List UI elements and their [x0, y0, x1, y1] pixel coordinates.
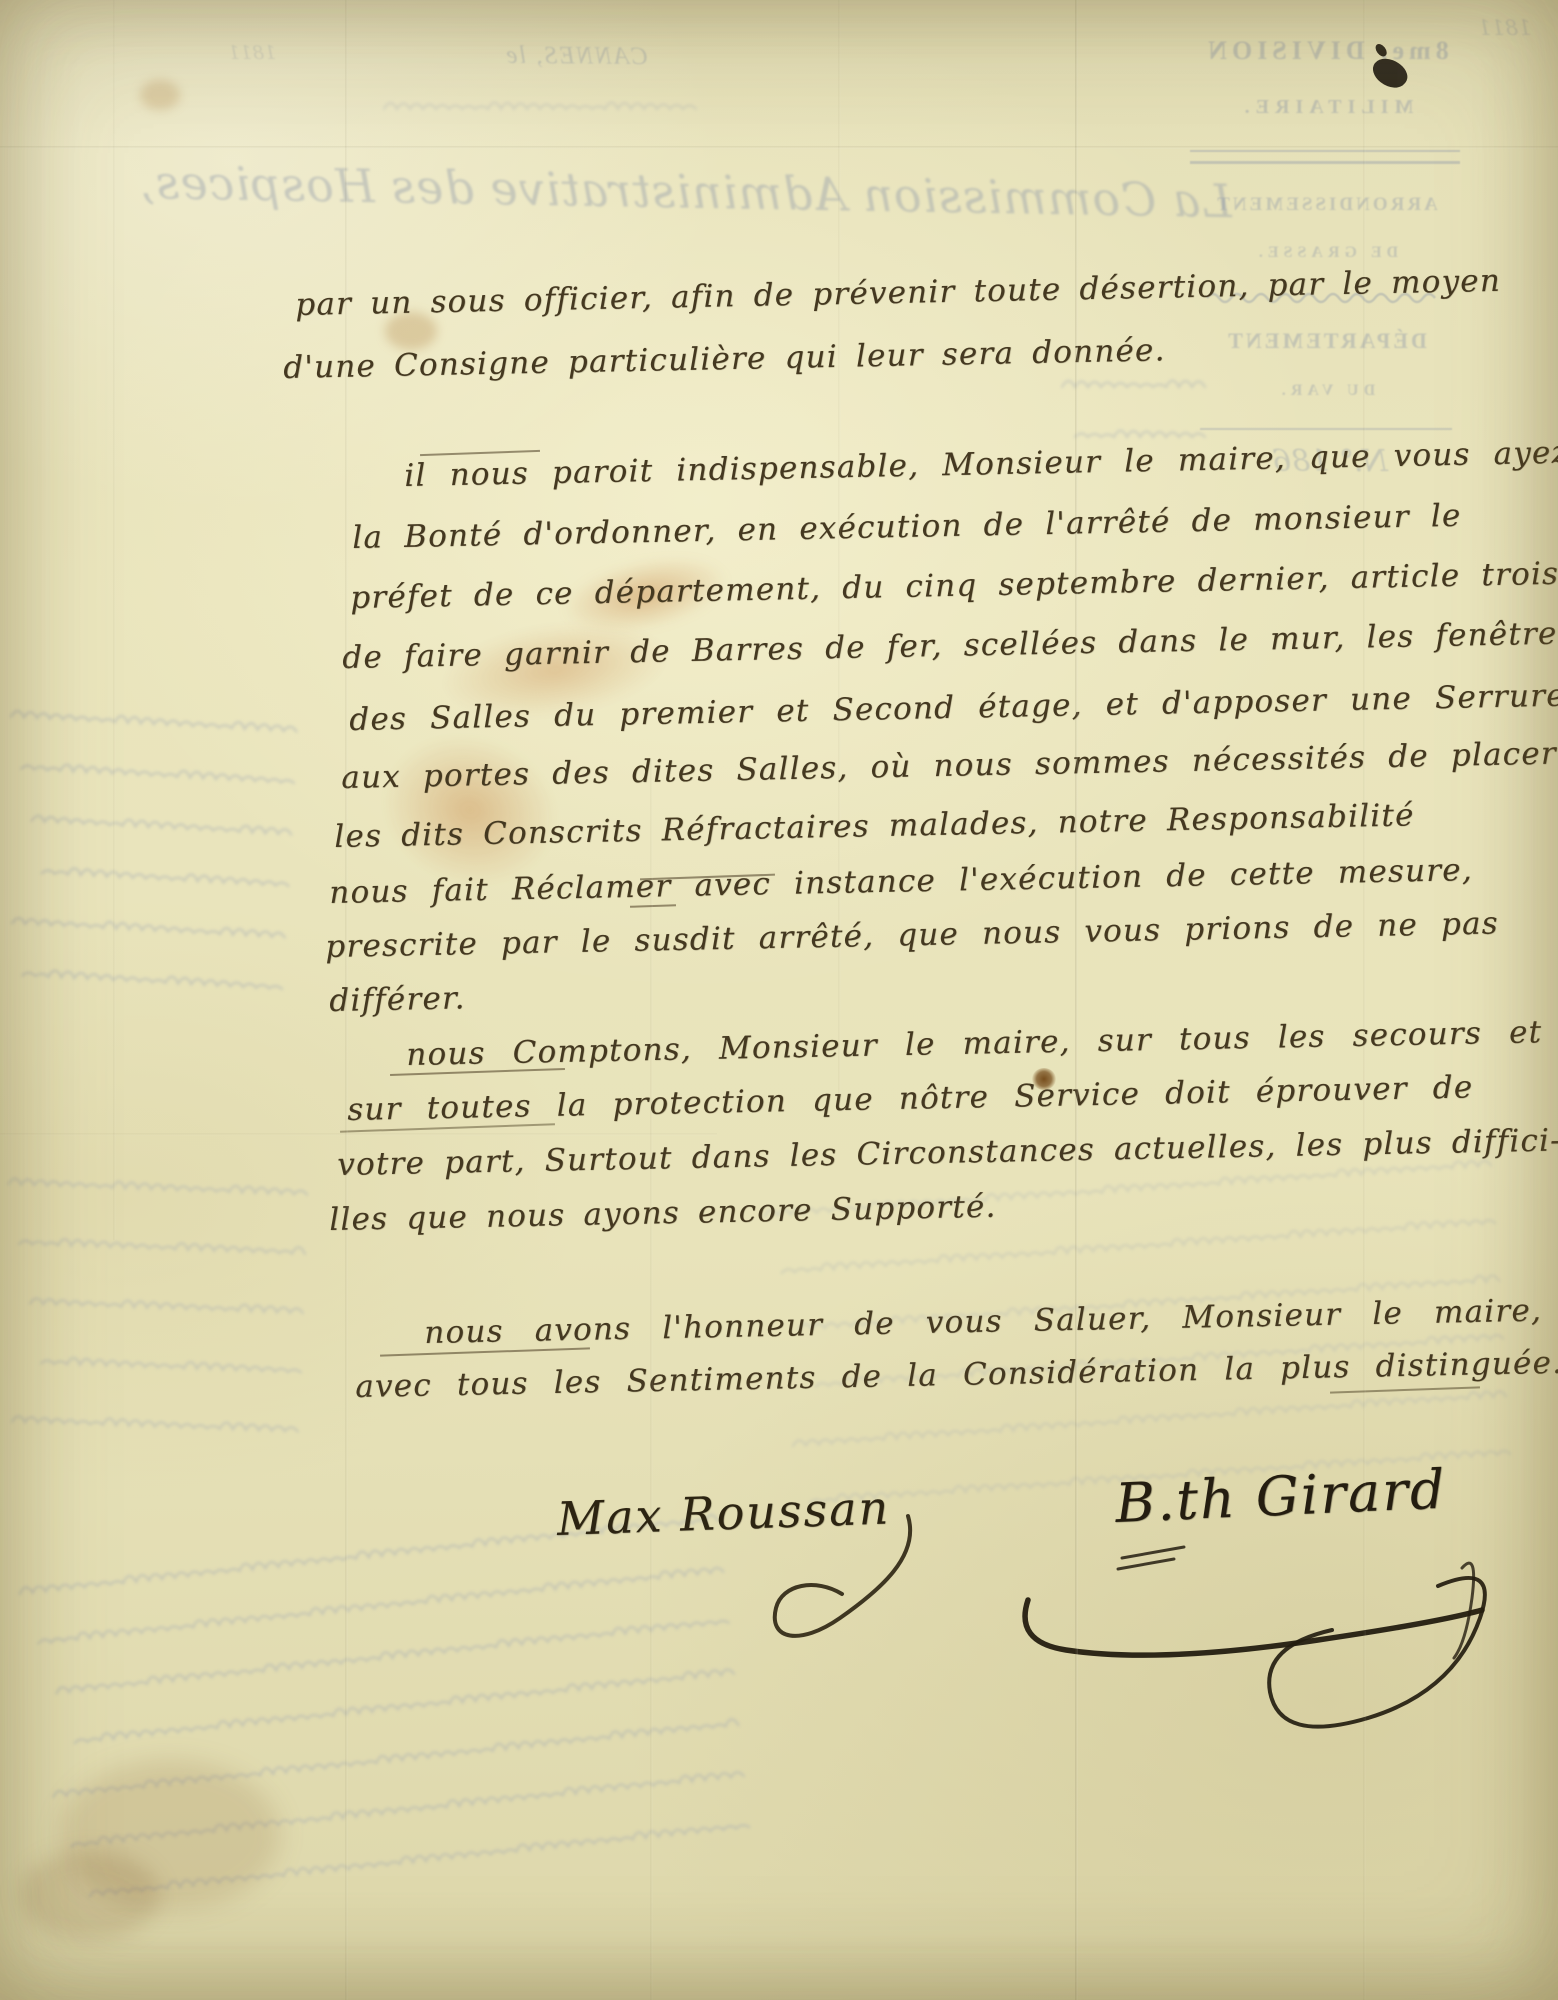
fold-crease [0, 1133, 717, 1136]
fold-crease [113, 0, 116, 1240]
signature-right: B.th Girard [1114, 1458, 1448, 1535]
letter-line: par un sous officier, afin de prévenir t… [295, 264, 1501, 322]
bleedthrough-grasse-label: DE GRASSE. [1190, 244, 1462, 262]
letter-scan: 1811 1811 CANNES, le 8me. DIVISION MILIT… [0, 0, 1558, 2000]
fold-crease [838, 0, 841, 1100]
letter-line: sur toutes la protection que nôtre Servi… [347, 1070, 1474, 1127]
letter-line: préfet de ce département, du cinq septem… [350, 557, 1558, 616]
letter-line: prescrite par le susdit arrêté, que nous… [325, 906, 1499, 964]
fold-crease [650, 760, 653, 2000]
paper-shading [0, 0, 1558, 150]
letter-line: de faire garnir de Barres de fer, scellé… [342, 616, 1558, 675]
bleedthrough-script-left-lower [0, 1143, 315, 1474]
bleedthrough-script-left [0, 680, 308, 1025]
bleedthrough-thin-rule [1200, 428, 1452, 430]
letter-line: la Bonté d'ordonner, en exécution de l'a… [352, 499, 1462, 555]
bleedthrough-heading: La Commission Administrative des Hospice… [296, 158, 1233, 228]
bleedthrough-departement-label: DÉPARTEMENT [1190, 328, 1462, 354]
fold-crease [1363, 0, 1366, 2000]
letter-line: différer. [329, 981, 466, 1018]
bleedthrough-double-rule [1190, 150, 1460, 164]
signature-paraph [1010, 1528, 1530, 1738]
bleedthrough-var-label: DU VAR. [1190, 382, 1462, 400]
letter-line: aux portes des dites Salles, où nous som… [341, 737, 1557, 795]
letter-line: il nous paroit indispensable, Monsieur l… [404, 436, 1558, 493]
paper-stain [20, 1850, 160, 1940]
bleedthrough-arrondissement-label: ARRONDISSEMENT [1190, 194, 1462, 216]
fold-crease [345, 0, 348, 2000]
fold-crease [1075, 0, 1078, 2000]
letter-line: nous Comptons, Monsieur le maire, sur to… [406, 1015, 1543, 1072]
signature-flourish-left [758, 1498, 928, 1668]
pen-stroke [630, 904, 676, 908]
